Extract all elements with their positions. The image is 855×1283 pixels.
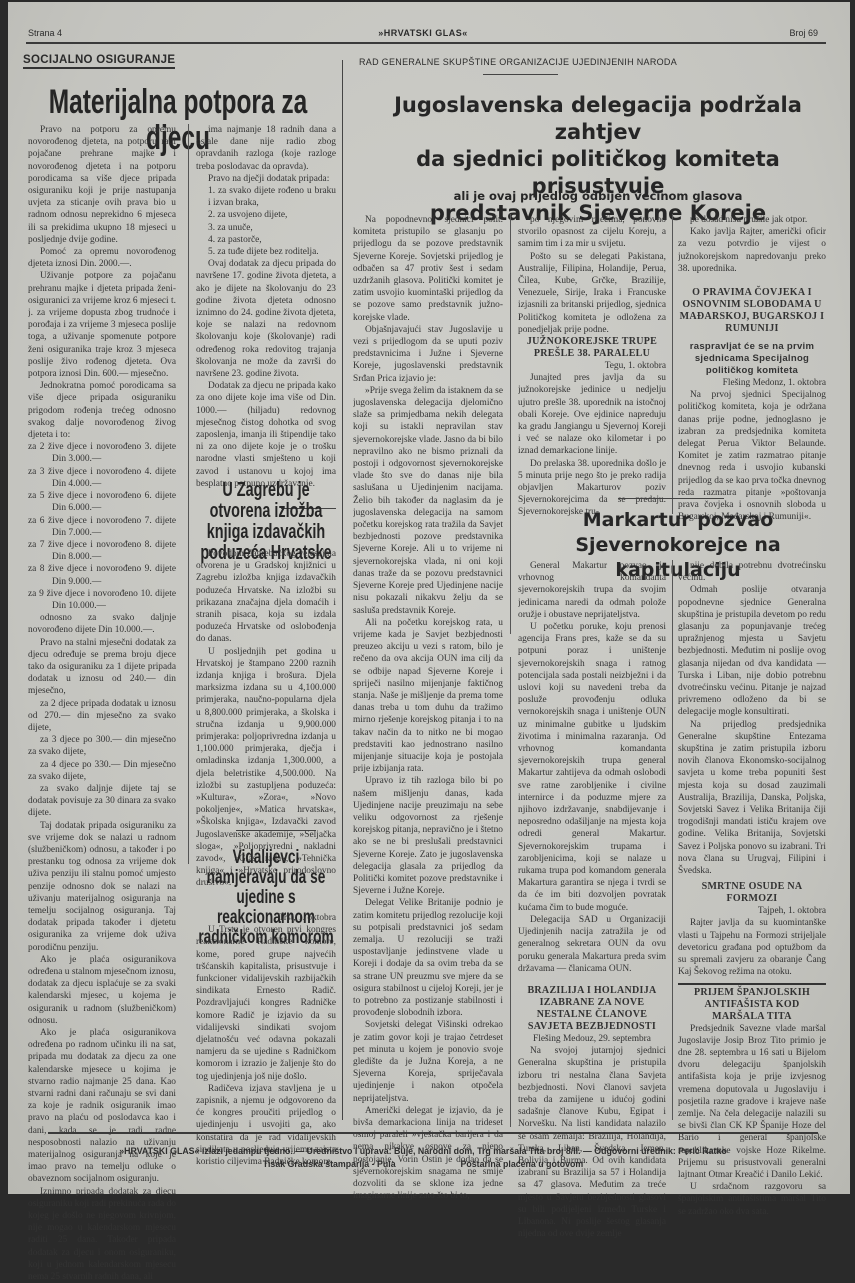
paragraph: Objašnjavajući stav Jugoslavije u vezi s… [353, 324, 503, 385]
paragraph: Jednokratna pomoć porodicama sa više dje… [28, 380, 176, 441]
dateline: Tajpeh, 1. oktobra [678, 905, 826, 917]
paragraph: Ali na početku korejskog rata, u vrijeme… [353, 617, 503, 776]
allowance-row: za 3 žive djece i novorođeno 4. dijete D… [28, 466, 176, 490]
paragraph: U srdačnom razgovoru sa španjolskim anti… [678, 1181, 826, 1200]
allowance-row: za 2 žive djece i novorođeno 3. dijete D… [28, 441, 176, 465]
paragraph: Pošto su se delegati Pakistana, Australi… [518, 251, 666, 336]
title-line: Jugoslavenska delegacija podržala zahtje… [348, 92, 848, 146]
dateline: Tegu, 1. oktobra [518, 360, 666, 372]
article2-body: Povodom Zagrebačkog velesajma otvorena j… [196, 548, 336, 890]
dateline: Trst, 1. oktobra [196, 912, 336, 924]
paragraph: Upravo iz tih razloga bilo bi po našem m… [353, 775, 503, 897]
article4-column-2: po njegovim riječima, ponovno stvorilo o… [518, 214, 666, 519]
box-heading: PRIJEM ŠPANJOLSKIH ANTIFAŠISTA KOD MARŠA… [678, 987, 826, 1023]
paragraph: odnosno za svako daljnje novorođeno dije… [28, 612, 176, 636]
box-heading: O PRAVIMA ČOVJEKA I OSNOVNIM SLOBODAMA U… [678, 287, 826, 335]
box-formosa: SMRTNE OSUDE NA FORMOZI Tajpeh, 1. oktob… [678, 881, 826, 978]
footer-line-2: Tisak Gradska štamparija - Pula Poštarin… [28, 1158, 818, 1171]
article5-column-2: nije dobila potrebnu dvotrećinsku većinu… [678, 560, 826, 1200]
paragraph: Kako javlja Rajter, američki oficir za v… [678, 226, 826, 275]
paragraph: Iznimno pripada dodatak za djecu osigura… [28, 1186, 176, 1200]
un-banner: RAD GENERALNE SKUPŠTINE ORGANIZACIJE UJE… [268, 57, 768, 67]
box-rule [678, 983, 826, 985]
paragraph: Odmah poslije otvaranja popodnevne sjedn… [678, 584, 826, 718]
paragraph: Povodom Zagrebačkog velesajma otvorena j… [196, 548, 336, 646]
paper-name: »HRVATSKI GLAS« [28, 28, 818, 38]
list-item: 4. za pastorče, [196, 234, 336, 246]
list-item: 5. za tuđe dijete bez roditelja. [196, 246, 336, 258]
column-divider [188, 124, 189, 864]
paragraph: U početku poruke, koju prenosi agencija … [518, 621, 666, 914]
postage: Poštarina plaćena u gotovom [461, 1159, 584, 1169]
article5-column-1: General Makartur pozvao je vrhovnog koma… [518, 560, 666, 1200]
paragraph: Pomoć za opremu novorođenog djeteta izno… [28, 246, 176, 270]
paragraph: Delegacija SAD u Organizaciji Ujedinjeni… [518, 914, 666, 975]
paragraph: General Makartur pozvao je vrhovnog koma… [518, 560, 666, 621]
printer: Tisak Gradska štamparija - Pula [263, 1159, 396, 1169]
dateline: Flešing Medonz, 1. oktobra [678, 377, 826, 389]
column-divider [510, 657, 511, 1127]
paragraph: Pravo na potporu za opremu novorođenog d… [28, 124, 176, 246]
paragraph: Pravo na dječji dodatak pripada: [196, 173, 336, 185]
column-divider [342, 60, 343, 1120]
column-divider [672, 214, 673, 514]
ornament [236, 830, 316, 831]
footer-rule [48, 1132, 818, 1134]
column-divider [672, 560, 673, 1120]
issue-number: Broj 69 [789, 28, 818, 38]
allowance-row: za 9 žive djece i novorođeno 10. dijete … [28, 588, 176, 612]
footer-line-1: »HRVATSKI GLAS« izlazi jedampu tjedno. —… [28, 1145, 818, 1158]
footer: »HRVATSKI GLAS« izlazi jedampu tjedno. —… [28, 1145, 818, 1171]
paragraph: Sovjetski delegat Višinski odrekao je za… [353, 1019, 503, 1104]
article-jugoslavenska-title: Jugoslavenska delegacija podržala zahtje… [348, 92, 848, 227]
paragraph: »Prije svega želim da istaknem da se jug… [353, 385, 503, 617]
column-divider [510, 214, 511, 634]
dateline: Flešing Medouz, 29. septembra [518, 1033, 666, 1045]
paragraph: Ovaj dodatak za djecu pripada do navršen… [196, 258, 336, 380]
box-heading: BRAZILIJA I HOLANDIJA IZABRANE ZA NOVE N… [518, 985, 666, 1033]
title-line: Markartur pozvao Sjevernokorejce na [518, 508, 838, 558]
allowance-row: za 7 žive djece i novorođeno 8. dijete D… [28, 539, 176, 563]
article3-body: Trst, 1. oktobra U Trstu je otvoren prvi… [196, 912, 336, 1168]
box-subheading: raspravljat će se na prvim sjednicama Sp… [678, 341, 826, 377]
paragraph: Uživanje potpore za pojačanu prehranu ma… [28, 270, 176, 380]
paragraph: po njegovim riječima, ponovno stvorilo o… [518, 214, 666, 251]
article1-column-1: Pravo na potporu za opremu novorođenog d… [28, 124, 176, 1200]
paragraph: Delegat Velike Britanije podnio je zatim… [353, 897, 503, 1019]
section-label: SOCIJALNO OSIGURANJE [23, 54, 175, 69]
paragraph: za 4 djece po 330.— Din mjesečno za svak… [28, 759, 176, 783]
list-item: 3. za unuče, [196, 222, 336, 234]
allowance-row: za 5 žive djece i novorođeno 6. dijete D… [28, 490, 176, 514]
box-south-korea: JUŽNOKOREJSKE TRUPE PREŠLE 38. PARALELU … [518, 336, 666, 519]
paragraph: Ako je plaća osiguranikova određena u st… [28, 954, 176, 1027]
masthead-rule [26, 42, 826, 44]
paragraph: Dodatak za djecu ne pripada kako za ono … [196, 380, 336, 490]
box-human-rights: O PRAVIMA ČOVJEKA I OSNOVNIM SLOBODAMA U… [678, 287, 826, 523]
box-body: Rajter javlja da su kuomintanške vlasti … [678, 917, 826, 978]
paragraph: za svako daljnje dijete taj se dodatak p… [28, 783, 176, 820]
article4-column-3: pe dosad nisu pružile jak otpor.Kako jav… [678, 214, 826, 523]
newspaper-page: Strana 4 »HRVATSKI GLAS« Broj 69 SOCIJAL… [8, 2, 850, 1194]
paragraph: pe dosad nisu pružile jak otpor. [678, 214, 826, 226]
paragraph: Na popodnevnoj sjednici polit. komiteta … [353, 214, 503, 324]
paragraph: za 3 djece po 300.— din mjesečno za svak… [28, 734, 176, 758]
allowance-row: za 6 žive djece i novorođeno 7. dijete D… [28, 515, 176, 539]
paragraph: Pravo na stalni mjesečni dodatak za djec… [28, 637, 176, 698]
article4-column-1: Na popodnevnoj sjednici polit. komiteta … [353, 214, 503, 1200]
paragraph: za 2 djece pripada dodatak u iznosu od 2… [28, 698, 176, 735]
article1-column-2: ima najmanje 18 radnih dana a ostale dan… [196, 124, 336, 509]
allowance-row: za 8 žive djece i novorođeno 9. dijete D… [28, 563, 176, 587]
paragraph: ima najmanje 18 radnih dana a ostale dan… [196, 124, 336, 173]
paragraph: Na prijedlog predsjednika Generalne skup… [678, 719, 826, 878]
article-subtitle: ali je ovaj prijedlog odbijen većinom gl… [348, 189, 848, 203]
box-heading: JUŽNOKOREJSKE TRUPE PREŠLE 38. PARALELU [518, 336, 666, 360]
paragraph: Na prvoj sjednici Specijalnog političkog… [678, 389, 826, 523]
paragraph: U Trstu je otvoren prvi kongres reakcion… [196, 924, 336, 1083]
article-rule [618, 498, 724, 499]
banner-rule [483, 74, 558, 75]
list-item: 1. za svako dijete rođeno u braku i izva… [196, 185, 336, 209]
paragraph: Junajted pres javlja da su južnokorejske… [518, 372, 666, 457]
box-heading: SMRTNE OSUDE NA FORMOZI [678, 881, 826, 905]
list-item: 2. za usvojeno dijete, [196, 209, 336, 221]
box-body: Na svojoj jutarnjoj sjednici Generalna s… [518, 1045, 666, 1200]
paragraph: Taj dodatak pripada osiguraniku za sve v… [28, 820, 176, 954]
paragraph: nije dobila potrebnu dvotrećinsku većinu… [678, 560, 826, 584]
